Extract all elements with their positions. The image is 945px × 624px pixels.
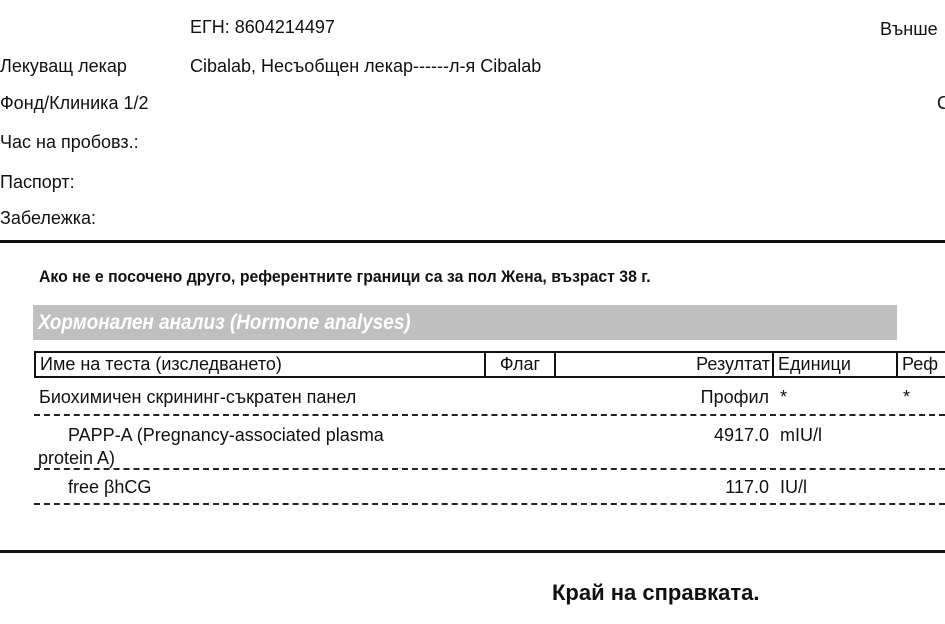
test-ref: * xyxy=(903,387,910,408)
row-divider xyxy=(34,468,945,470)
right-cut-label: С xyxy=(937,93,945,114)
doctor-label: Лекуващ лекар xyxy=(0,56,127,77)
test-units: mIU/l xyxy=(780,425,822,446)
divider-top xyxy=(0,240,945,243)
test-name: PAPP-A (Pregnancy-associated plasma xyxy=(68,425,384,446)
egn-label: ЕГН: xyxy=(190,17,230,37)
test-result: 4917.0 xyxy=(714,425,769,446)
row-divider xyxy=(34,503,945,505)
col-result: Резултат xyxy=(554,351,774,378)
fund-clinic-label: Фонд/Клиника 1/2 xyxy=(0,93,148,114)
test-name-continuation: protein A) xyxy=(38,448,115,469)
sample-time-label: Час на пробовз.: xyxy=(0,132,139,153)
divider-bottom xyxy=(0,550,945,553)
external-label: Външе xyxy=(880,19,938,40)
test-units: IU/l xyxy=(780,477,807,498)
test-units: * xyxy=(780,387,787,408)
egn-field: ЕГН: 8604214497 xyxy=(190,17,335,38)
reference-note: Ако не е посочено друго, референтните гр… xyxy=(39,267,651,287)
doctor-value: Cibalab, Несъобщен лекар------л-я Cibala… xyxy=(190,56,541,77)
test-result: Профил xyxy=(701,387,769,408)
section-title: Хормонален анализ (Hormone analyses) xyxy=(38,305,411,340)
col-flag: Флаг xyxy=(484,351,556,378)
passport-label: Паспорт: xyxy=(0,172,75,193)
test-name: Биохимичен скрининг-съкратен панел xyxy=(39,387,356,408)
section-header: Хормонален анализ (Hormone analyses) xyxy=(33,305,897,340)
col-ref: Реф xyxy=(896,351,945,378)
end-of-report: Край на справката. xyxy=(552,580,759,606)
col-test-name: Име на теста (изследването) xyxy=(34,351,486,378)
test-result: 117.0 xyxy=(725,477,769,498)
row-divider xyxy=(34,414,945,416)
col-units: Единици xyxy=(772,351,898,378)
note-label: Забележка: xyxy=(0,208,96,229)
egn-value: 8604214497 xyxy=(235,17,335,37)
test-name: free βhCG xyxy=(68,477,151,498)
